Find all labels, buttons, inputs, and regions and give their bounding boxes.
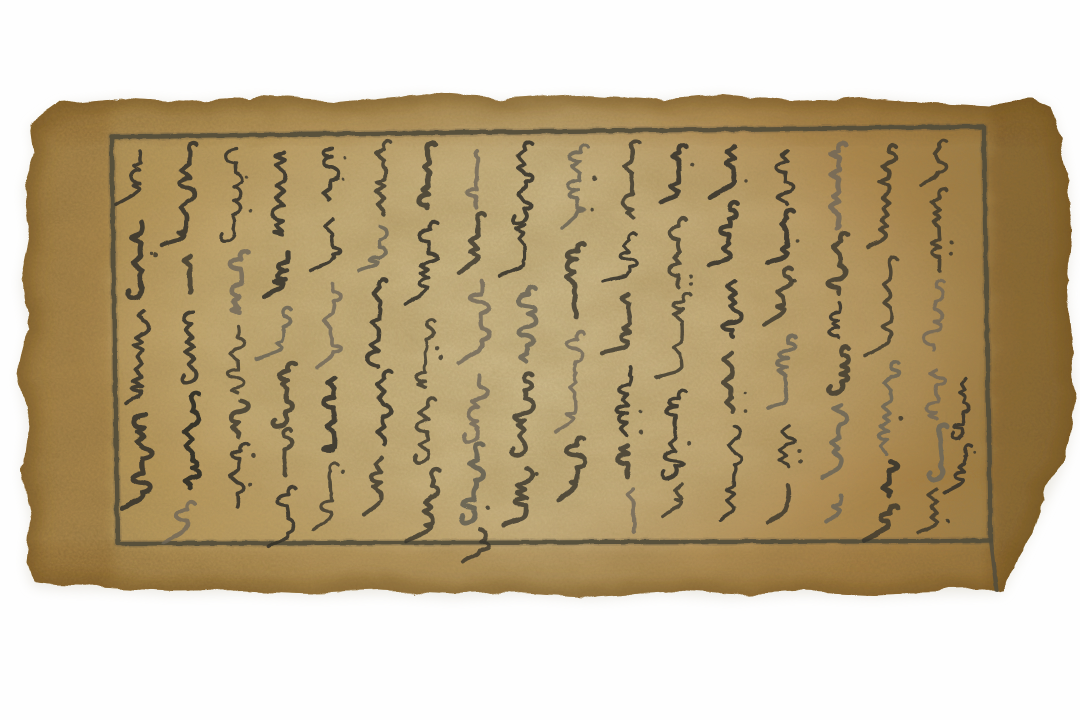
script-dot	[797, 448, 801, 452]
paper-sheet	[0, 70, 1080, 610]
script-dot	[437, 354, 442, 359]
script-dot	[949, 240, 954, 245]
script-dot	[149, 251, 152, 254]
script-dot	[485, 505, 489, 509]
script-dot	[340, 469, 344, 473]
manuscript-canvas	[0, 0, 1080, 720]
script-dot	[251, 453, 256, 458]
script-dot	[435, 346, 439, 350]
script-dot	[248, 482, 252, 486]
script-dot	[341, 177, 344, 180]
script-dot	[949, 252, 953, 256]
script-dot	[795, 238, 798, 241]
script-dot	[972, 450, 975, 453]
script-dot	[152, 252, 157, 257]
script-dot	[690, 162, 694, 166]
script-dot	[688, 281, 692, 285]
script-dot	[639, 409, 642, 412]
script-dot	[248, 209, 252, 213]
script-dot	[686, 440, 691, 445]
script-dot	[743, 408, 747, 412]
script-dot	[592, 176, 597, 181]
script-dot	[797, 458, 802, 463]
script-dot	[590, 207, 594, 211]
script-dot	[743, 178, 746, 181]
script-dot	[792, 278, 795, 281]
script-dot	[947, 519, 950, 522]
script-dot	[688, 274, 692, 278]
manuscript-photo	[0, 0, 1080, 720]
script-dot	[534, 471, 538, 475]
script-dot	[245, 175, 248, 178]
script-dot	[343, 156, 346, 159]
script-dot	[743, 391, 746, 394]
script-dot	[639, 429, 644, 434]
script-dot	[898, 415, 903, 420]
